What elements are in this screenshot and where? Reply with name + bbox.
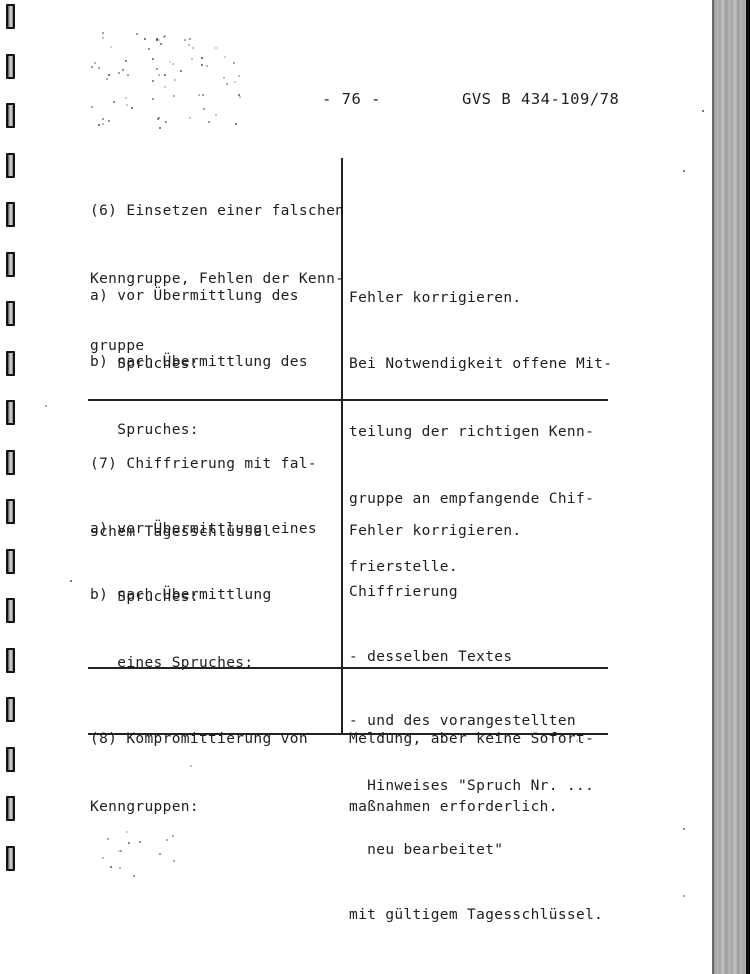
noise-speck (224, 56, 226, 58)
punch-hole (6, 351, 15, 376)
noise-speck (91, 66, 93, 68)
noise-speck (70, 580, 72, 582)
noise-speck (203, 108, 205, 110)
noise-speck (215, 114, 217, 116)
noise-speck (223, 77, 225, 79)
noise-speck (192, 47, 194, 49)
punch-hole (6, 400, 15, 425)
noise-speck (191, 58, 193, 60)
noise-speck (233, 62, 235, 64)
noise-speck (164, 86, 166, 88)
noise-speck (152, 58, 154, 60)
noise-speck (683, 170, 685, 172)
noise-speck (172, 63, 174, 65)
page-edge-shadow (712, 0, 750, 974)
noise-speck (159, 127, 161, 129)
noise-speck (189, 117, 191, 119)
noise-speck (234, 81, 236, 83)
noise-speck (235, 123, 237, 125)
noise-speck (119, 867, 121, 869)
document-reference: GVS B 434-109/78 (462, 90, 619, 108)
noise-speck (180, 70, 182, 72)
noise-speck (122, 69, 124, 71)
noise-speck (173, 95, 175, 97)
noise-speck (158, 74, 160, 76)
noise-speck (118, 72, 120, 74)
noise-speck (202, 94, 204, 96)
noise-speck (188, 44, 190, 46)
punch-hole (6, 450, 15, 475)
noise-speck (201, 57, 203, 59)
noise-speck (163, 36, 165, 38)
noise-speck (683, 895, 685, 897)
noise-speck (160, 43, 162, 45)
noise-speck (131, 107, 133, 109)
noise-speck (152, 98, 154, 100)
noise-speck (125, 97, 127, 99)
noise-speck (94, 62, 96, 64)
noise-speck (226, 83, 228, 85)
punch-hole (6, 648, 15, 673)
noise-speck (152, 80, 154, 82)
noise-speck (110, 866, 112, 868)
noise-speck (208, 121, 210, 123)
noise-speck (113, 101, 115, 103)
noise-speck (165, 121, 167, 123)
noise-speck (91, 106, 93, 108)
noise-speck (189, 38, 191, 40)
noise-speck (174, 79, 176, 81)
punch-hole (6, 4, 15, 29)
noise-speck (164, 74, 166, 76)
punch-hole (6, 252, 15, 277)
noise-speck (98, 67, 100, 69)
noise-speck (102, 32, 104, 34)
section-8-title: (8) Kompromittierung von Kenngruppen: (90, 683, 308, 863)
punch-hole (6, 796, 15, 821)
noise-speck (702, 110, 704, 112)
noise-speck (215, 47, 217, 49)
punch-hole (6, 103, 15, 128)
scanned-document-page: - 76 - GVS B 434-109/78 (6) Einsetzen ei… (0, 0, 750, 974)
noise-speck (45, 405, 47, 407)
noise-speck (108, 120, 110, 122)
noise-speck (136, 33, 138, 35)
punch-hole (6, 697, 15, 722)
noise-speck (133, 875, 135, 877)
noise-speck (108, 74, 110, 76)
noise-speck (683, 828, 685, 830)
noise-speck (102, 118, 104, 120)
noise-speck (239, 96, 241, 98)
punch-hole (6, 153, 15, 178)
noise-speck (184, 39, 186, 41)
noise-speck (144, 38, 146, 40)
noise-speck (156, 38, 158, 40)
noise-speck (156, 68, 158, 70)
punch-hole (6, 747, 15, 772)
noise-speck (125, 60, 127, 62)
noise-speck (102, 123, 104, 125)
noise-speck (127, 74, 129, 76)
punch-hole (6, 499, 15, 524)
page-number: - 76 - (322, 90, 381, 108)
noise-speck (198, 94, 200, 96)
section-8-action: Meldung, aber keine Sofort- maßnahmen er… (349, 683, 594, 863)
noise-speck (110, 46, 112, 48)
punch-hole (6, 846, 15, 871)
punch-hole (6, 54, 15, 79)
noise-speck (157, 118, 159, 120)
punch-hole (6, 549, 15, 574)
noise-speck (201, 64, 203, 66)
noise-speck (126, 104, 128, 106)
punch-hole (6, 301, 15, 326)
noise-speck (106, 78, 108, 80)
punch-hole (6, 598, 15, 623)
noise-speck (102, 37, 104, 39)
noise-speck (169, 61, 171, 63)
noise-speck (238, 75, 240, 77)
noise-speck (158, 117, 160, 119)
noise-speck (206, 65, 208, 67)
noise-speck (98, 124, 100, 126)
punch-hole (6, 202, 15, 227)
noise-speck (148, 48, 150, 50)
